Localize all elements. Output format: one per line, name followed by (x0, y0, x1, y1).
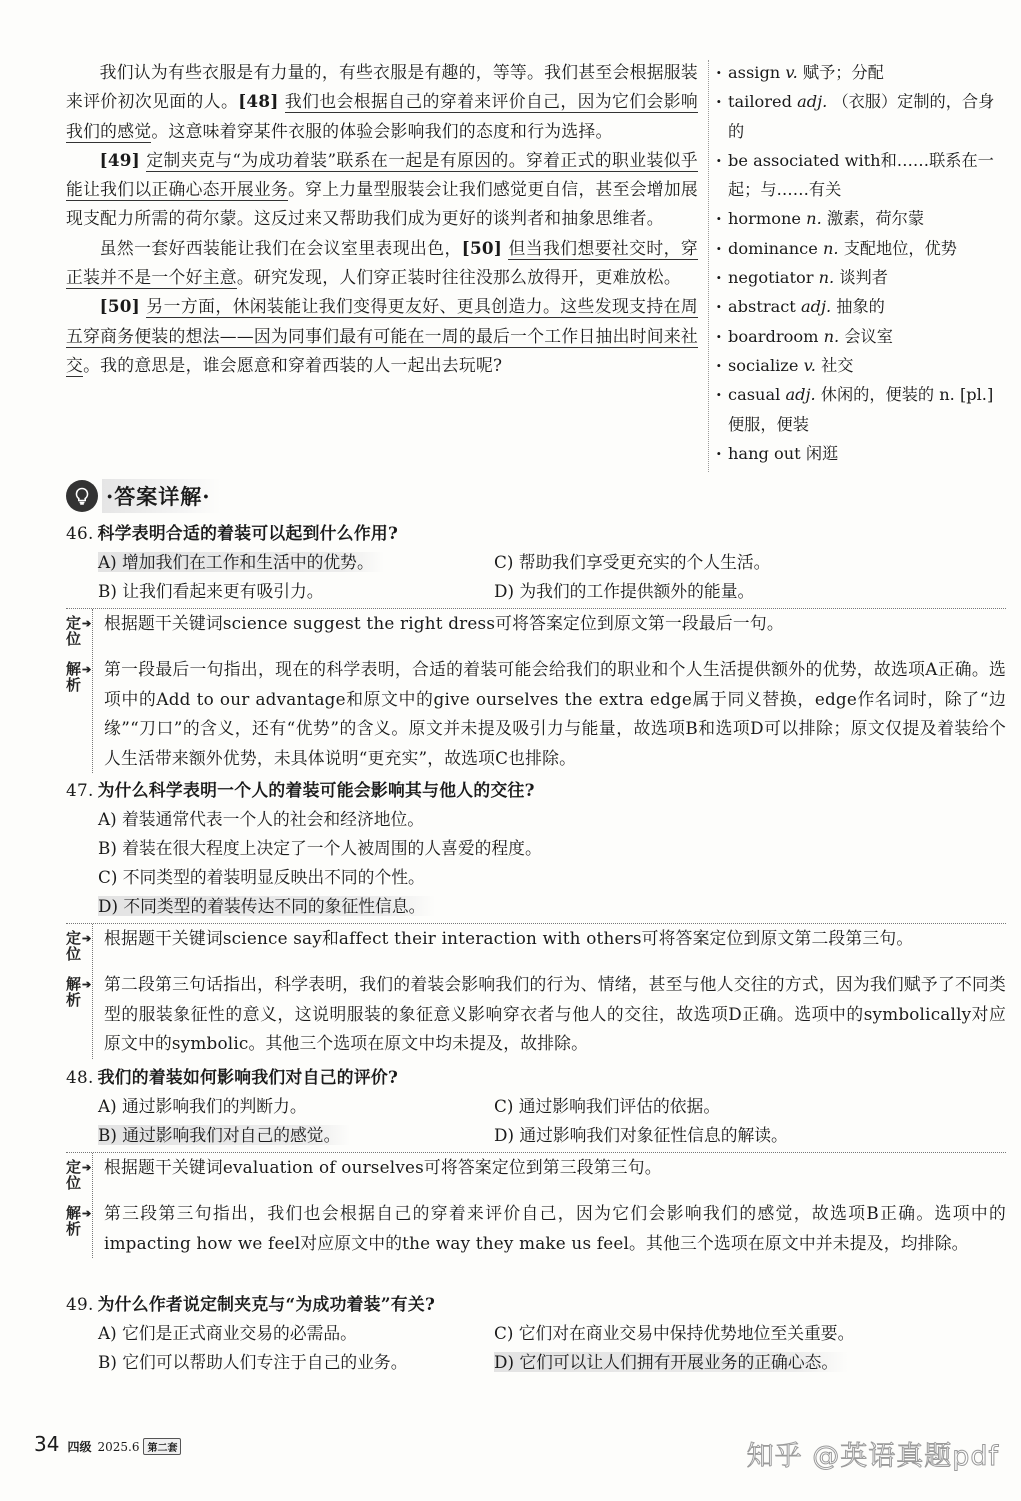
lightbulb-icon (66, 480, 98, 512)
question-ref-49: [49] (100, 150, 147, 170)
options: A) 增加我们在工作和生活中的优势。 C) 帮助我们享受更充实的个人生活。 B)… (66, 548, 1006, 606)
explanation-box: 定位➔ 根据题干关键词science suggest the right dre… (66, 608, 1006, 773)
question-title: 48.我们的着装如何影响我们对自己的评价? (66, 1063, 1006, 1092)
option-d: D) 通过影响我们对象征性信息的解读。 (494, 1121, 1006, 1150)
analysis-label: 解析➔ (66, 970, 92, 1059)
vocab-item: dominance n. 支配地位，优势 (716, 234, 1006, 263)
vocab-item: assign v. 赋予；分配 (716, 58, 1006, 87)
option-d: D) 不同类型的着装传达不同的象征性信息。 (98, 892, 1006, 921)
option-b: B) 通过影响我们对自己的感觉。 (98, 1121, 494, 1150)
arrow-icon: ➔ (82, 1160, 91, 1176)
vocab-item: hormone n. 激素，荷尔蒙 (716, 204, 1006, 233)
explanation-box: 定位➔ 根据题干关键词science say和affect their inte… (66, 923, 1006, 1059)
vocab-item: negotiator n. 谈判者 (716, 263, 1006, 292)
question-48: 48.我们的着装如何影响我们对自己的评价? A) 通过影响我们的判断力。 C) … (66, 1063, 1006, 1258)
passage-translation: 我们认为有些衣服是有力量的，有些衣服是有趣的，等等。我们甚至会根据服装来评价初次… (66, 58, 698, 380)
vocab-item: socialize v. 社交 (716, 351, 1006, 380)
locate-label: 定位➔ (66, 924, 92, 968)
exam-level: 四级 (67, 1438, 91, 1455)
option-c: C) 帮助我们享受更充实的个人生活。 (494, 548, 1006, 577)
option-c: C) 不同类型的着装明显反映出不同的个性。 (98, 863, 1006, 892)
option-b: B) 它们可以帮助人们专注于自己的业务。 (98, 1348, 494, 1377)
vocab-item: casual adj. 休闲的，便装的 n. [pl.] 便服，便装 (716, 380, 1006, 439)
question-title: 47.为什么科学表明一个人的着装可能会影响其与他人的交往? (66, 776, 1006, 805)
locate-row: 定位➔ 根据题干关键词science say和affect their inte… (66, 924, 1006, 968)
question-title: 46.科学表明合适的着装可以起到什么作用? (66, 519, 1006, 548)
passage-section: 我们认为有些衣服是有力量的，有些衣服是有趣的，等等。我们甚至会根据服装来评价初次… (66, 58, 1006, 476)
option-d: D) 它们可以让人们拥有开展业务的正确心态。 (494, 1348, 1006, 1377)
option-a: A) 它们是正式商业交易的必需品。 (98, 1319, 494, 1348)
arrow-icon: ➔ (82, 977, 91, 993)
option-c: C) 它们对在商业交易中保持优势地位至关重要。 (494, 1319, 1006, 1348)
passage-paragraph-1: 我们认为有些衣服是有力量的，有些衣服是有趣的，等等。我们甚至会根据服装来评价初次… (66, 58, 698, 146)
question-ref-48: [48] (238, 91, 285, 111)
question-49: 49.为什么作者说定制夹克与“为成功着装”有关? A) 它们是正式商业交易的必需… (66, 1290, 1006, 1377)
options: A) 通过影响我们的判断力。 C) 通过影响我们评估的依据。 B) 通过影响我们… (66, 1092, 1006, 1150)
vocab-item: be associated with和……联系在一起；与……有关 (716, 146, 1006, 205)
arrow-icon: ➔ (82, 662, 91, 678)
question-title: 49.为什么作者说定制夹克与“为成功着装”有关? (66, 1290, 1006, 1319)
option-c: C) 通过影响我们评估的依据。 (494, 1092, 1006, 1121)
exam-set-badge: 第二套 (143, 1438, 181, 1455)
option-a: A) 增加我们在工作和生活中的优势。 (98, 548, 494, 577)
passage-paragraph-3: 虽然一套好西装能让我们在会议室里表现出色，[50] 但当我们想要社交时，穿正装并… (66, 234, 698, 293)
page-number: 34 (34, 1432, 59, 1456)
analysis-row: 解析➔ 第一段最后一句指出，现在的科学表明，合适的着装可能会给我们的职业和个人生… (66, 655, 1006, 773)
analysis-label: 解析➔ (66, 655, 92, 773)
locate-row: 定位➔ 根据题干关键词science suggest the right dre… (66, 609, 1006, 653)
locate-label: 定位➔ (66, 609, 92, 653)
question-ref-50: [50] (462, 238, 509, 258)
option-a: A) 着装通常代表一个人的社会和经济地位。 (98, 805, 1006, 834)
vocab-item: boardroom n. 会议室 (716, 322, 1006, 351)
options: A) 它们是正式商业交易的必需品。 C) 它们对在商业交易中保持优势地位至关重要… (66, 1319, 1006, 1377)
option-a: A) 通过影响我们的判断力。 (98, 1092, 494, 1121)
option-b: B) 让我们看起来更有吸引力。 (98, 577, 494, 606)
vocab-item: hang out 闲逛 (716, 439, 1006, 468)
locate-row: 定位➔ 根据题干关键词evaluation of ourselves可将答案定位… (66, 1153, 1006, 1197)
question-46: 46.科学表明合适的着装可以起到什么作用? A) 增加我们在工作和生活中的优势。… (66, 519, 1006, 773)
page-footer: 34 四级 2025.6 第二套 (34, 1432, 181, 1456)
column-divider (708, 60, 709, 472)
vocabulary-list: assign v. 赋予；分配 tailored adj. （衣服）定制的，合身… (716, 58, 1006, 468)
analysis-row: 解析➔ 第二段第三句话指出，科学表明，我们的着装会影响我们的行为、情绪，甚至与他… (66, 970, 1006, 1059)
analysis-label: 解析➔ (66, 1199, 92, 1258)
option-d: D) 为我们的工作提供额外的能量。 (494, 577, 1006, 606)
passage-paragraph-2: [49] 定制夹克与“为成功着装”联系在一起是有原因的。穿着正式的职业装似乎能让… (66, 146, 698, 234)
question-ref-50: [50] (100, 296, 147, 316)
analysis-row: 解析➔ 第三段第三句指出，我们也会根据自己的穿着来评价自己，因为它们会影响我们的… (66, 1199, 1006, 1258)
passage-paragraph-4: [50] 另一方面，休闲装能让我们变得更友好、更具创造力。这些发现支持在周五穿商… (66, 292, 698, 380)
explanation-box: 定位➔ 根据题干关键词evaluation of ourselves可将答案定位… (66, 1152, 1006, 1258)
options: A) 着装通常代表一个人的社会和经济地位。 B) 着装在很大程度上决定了一个人被… (66, 805, 1006, 921)
watermark: 知乎 @英语真题pdf (747, 1434, 999, 1473)
answers-title: ·答案详解· (102, 479, 221, 513)
arrow-icon: ➔ (82, 931, 91, 947)
arrow-icon: ➔ (82, 616, 91, 632)
question-47: 47.为什么科学表明一个人的着装可能会影响其与他人的交往? A) 着装通常代表一… (66, 776, 1006, 1059)
option-b: B) 着装在很大程度上决定了一个人被周围的人喜爱的程度。 (98, 834, 1006, 863)
exam-date: 2025.6 (97, 1440, 139, 1454)
arrow-icon: ➔ (82, 1206, 91, 1222)
locate-label: 定位➔ (66, 1153, 92, 1197)
answers-header: ·答案详解· (66, 478, 221, 514)
vocab-item: tailored adj. （衣服）定制的，合身的 (716, 87, 1006, 146)
vocab-item: abstract adj. 抽象的 (716, 292, 1006, 321)
